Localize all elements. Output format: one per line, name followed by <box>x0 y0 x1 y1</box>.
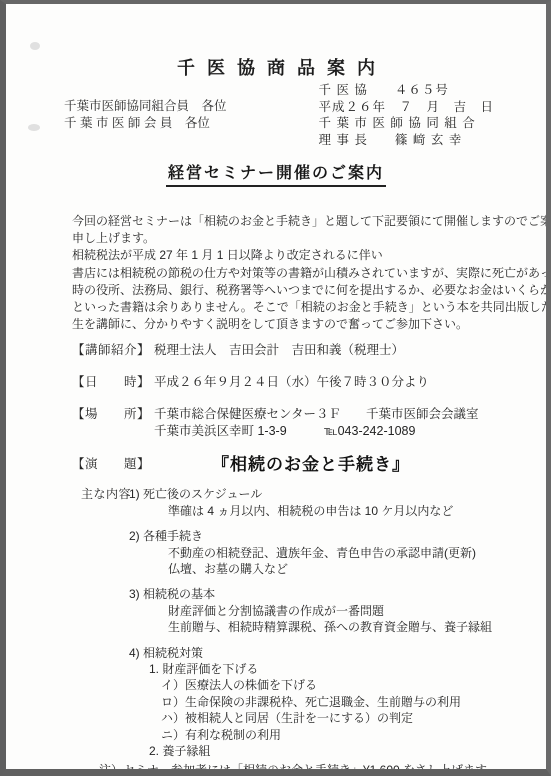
subject-wrap: 経営セミナー開催のご案内 <box>6 160 546 187</box>
agenda-item: 不動産の相続登記、遺族年金、青色申告の承認申請(更新) <box>168 545 546 561</box>
agenda-item: ニ）有利な税制の利用 <box>161 727 546 743</box>
agenda-item: イ）医療法人の株価を下げる <box>161 677 546 693</box>
topic-title: 『相続のお金と手続き』 <box>212 456 410 473</box>
lecturer-row: 【講師紹介】 税理士法人 吉田会計 吉田和義（税理士） <box>72 342 546 359</box>
agenda-item: ハ）被相続人と同居（生計を一にする）の判定 <box>161 710 546 726</box>
issuer-chairman: 理 事 長 篠 﨑 玄 幸 <box>318 132 494 149</box>
agenda-item: 3) 相続税の基本 <box>129 586 546 602</box>
place-value-line1: 千葉市総合保健医療センター３Ｆ 千葉市医師会会議室 <box>154 406 479 423</box>
document-date: 平成２６年 ７ 月 吉 日 <box>318 99 494 116</box>
recipient-line: 千 葉 市 医 師 会 員 各位 <box>64 115 227 132</box>
agenda-head-row: 主な内容 1) 死亡後のスケジュール <box>81 486 546 502</box>
lecturer-label: 【講師紹介】 <box>72 342 154 359</box>
topic-row: 【演 題】 『相続のお金と手続き』 <box>72 456 546 473</box>
scan-artifact <box>28 124 40 131</box>
agenda-section: 主な内容 1) 死亡後のスケジュール 準確は 4 ヵ月以内、相続税の申告は 10… <box>81 486 546 759</box>
seminar-details: 【講師紹介】 税理士法人 吉田会計 吉田和義（税理士） 【日 時】 平成２６年９… <box>72 342 546 473</box>
datetime-label: 【日 時】 <box>72 374 154 391</box>
page-title: 千医協商品案内 <box>6 54 546 80</box>
agenda-item: 1. 財産評価を下げる <box>149 661 546 677</box>
scanned-document-page: 千医協商品案内 千葉市医師協同組合員 各位 千 葉 市 医 師 会 員 各位 千… <box>0 0 551 776</box>
issuer-organization: 千 葉 市 医 師 協 同 組 合 <box>318 115 494 132</box>
document-number: 千 医 協 ４６５号 <box>318 82 494 99</box>
agenda-item: 財産評価と分割協議書の作成が一番問題 <box>168 603 546 619</box>
place-row: 【場 所】 千葉市総合保健医療センター３Ｆ 千葉市医師会会議室 <box>72 406 546 423</box>
agenda-item: 2. 養子縁組 <box>149 743 546 759</box>
intro-line: 時の役所、法務局、銀行、税務署等へいつまでに何を提出するか、必要なお金はいくらか… <box>72 282 546 299</box>
intro-line: 書店には相続税の節税の仕方や対策等の書籍が山積みされていますが、実際に死亡があっ… <box>72 265 546 282</box>
agenda-item: ロ）生命保険の非課税枠、死亡退職金、生前贈与の利用 <box>161 694 546 710</box>
datetime-value: 平成２６年９月２４日（水）午後７時３０分より <box>154 374 429 391</box>
topic-label: 【演 題】 <box>72 456 154 473</box>
datetime-row: 【日 時】 平成２６年９月２４日（水）午後７時３０分より <box>72 374 546 391</box>
place-value-line2: 千葉市美浜区幸町 1-3-9 ℡043-242-1089 <box>154 423 546 440</box>
place-label: 【場 所】 <box>72 406 154 423</box>
agenda-item: 仏壇、お墓の購入など <box>168 561 546 577</box>
intro-line: といった書籍は余りありません。そこで「相続のお金と手続き」という本を共同出版した… <box>72 299 546 316</box>
agenda-item: 準確は 4 ヵ月以内、相続税の申告は 10 ケ月以内など <box>168 503 546 519</box>
agenda-item: 1) 死亡後のスケジュール <box>129 486 262 502</box>
lecturer-value: 税理士法人 吉田会計 吉田和義（税理士） <box>154 342 404 359</box>
scan-artifact <box>30 42 40 50</box>
intro-paragraph: 今回の経営セミナーは「相続のお金と手続き」と題して下記要領にて開催しますのでご案… <box>72 213 546 333</box>
intro-line: 今回の経営セミナーは「相続のお金と手続き」と題して下記要領にて開催しますのでご案… <box>72 213 546 230</box>
intro-line: 相続税法が平成 27 年 1 月 1 日以降より改定されるに伴い <box>72 247 546 264</box>
recipient-block: 千葉市医師協同組合員 各位 千 葉 市 医 師 会 員 各位 <box>64 82 227 148</box>
intro-line: 生を講師に、分かりやすく説明をして頂きますので奮ってご参加下さい。 <box>72 316 546 333</box>
agenda-item: 4) 相続税対策 <box>129 645 546 661</box>
participant-note: 注）セミナー参加者には「相続のお金と手続き」¥1,600 をさし上げます。 <box>99 762 546 776</box>
agenda-item: 2) 各種手続き <box>129 528 546 544</box>
intro-line: 申し上げます。 <box>72 230 546 247</box>
agenda-label: 主な内容 <box>81 486 129 502</box>
agenda-item: 生前贈与、相続時精算課税、孫への教育資金贈与、養子縁組 <box>168 619 546 635</box>
seminar-subject-heading: 経営セミナー開催のご案内 <box>166 160 386 187</box>
header-block: 千葉市医師協同組合員 各位 千 葉 市 医 師 会 員 各位 千 医 協 ４６５… <box>64 82 494 148</box>
document-meta-block: 千 医 協 ４６５号 平成２６年 ７ 月 吉 日 千 葉 市 医 師 協 同 組… <box>318 82 494 148</box>
recipient-line: 千葉市医師協同組合員 各位 <box>64 98 227 115</box>
